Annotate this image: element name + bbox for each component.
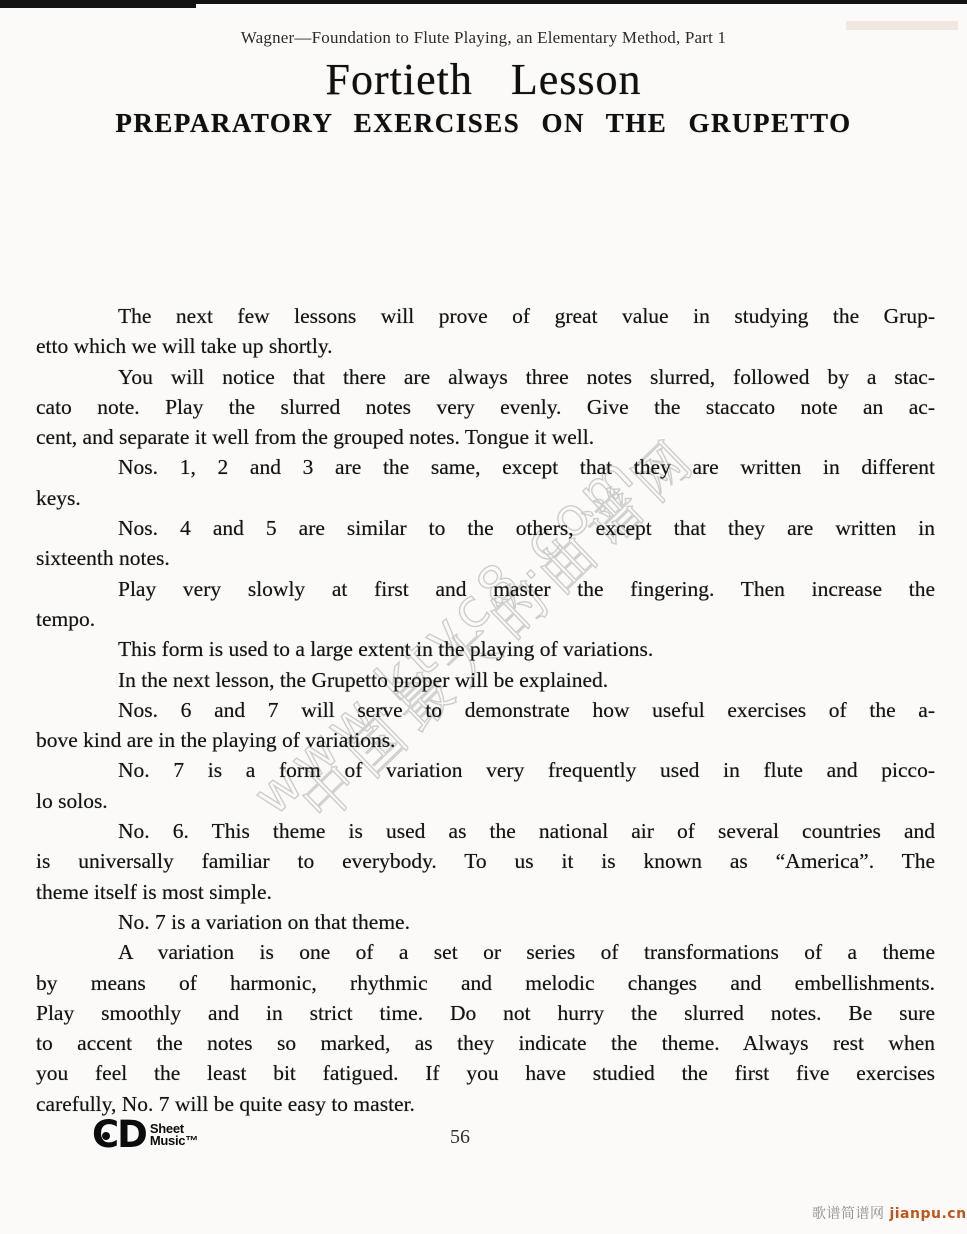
running-head: Wagner—Foundation to Flute Playing, an E…: [0, 28, 967, 48]
body-line: keys.: [36, 483, 935, 513]
body-line: This form is used to a large extent in t…: [36, 634, 935, 664]
body-line: etto which we will take up shortly.: [36, 331, 935, 361]
body-line: tempo.: [36, 604, 935, 634]
body-line: lo solos.: [36, 786, 935, 816]
body-line: is universally familiar to everybody. To…: [36, 846, 935, 876]
body-line: A variation is one of a set or series of…: [36, 937, 935, 967]
lesson-subtitle: PREPARATORY EXERCISES ON THE GRUPETTO: [0, 108, 967, 139]
body-line: to accent the notes so marked, as they i…: [36, 1028, 935, 1058]
body-line: you feel the least bit fatigued. If you …: [36, 1058, 935, 1088]
cd-logo-line2: Music™: [150, 1133, 198, 1148]
body-line: carefully, No. 7 will be quite easy to m…: [36, 1089, 935, 1119]
body-line: Play smoothly and in strict time. Do not…: [36, 998, 935, 1028]
footer-watermark-site: jianpu.cn: [889, 1206, 966, 1222]
scanned-sheet-music-page: Wagner—Foundation to Flute Playing, an E…: [0, 0, 967, 1234]
body-text: The next few lessons will prove of great…: [36, 301, 935, 1119]
body-line: theme itself is most simple.: [36, 877, 935, 907]
page-number: 56: [438, 1126, 482, 1149]
body-line: Nos. 6 and 7 will serve to demonstrate h…: [36, 695, 935, 725]
body-line: Play very slowly at first and master the…: [36, 574, 935, 604]
lesson-title: Fortieth Lesson: [0, 56, 967, 104]
body-line: bove kind are in the playing of variatio…: [36, 725, 935, 755]
scan-edge-artifact-top-left: [0, 0, 196, 8]
body-line: by means of harmonic, rhythmic and melod…: [36, 968, 935, 998]
footer-watermark: 歌谱简谱网 jianpu.cn: [812, 1203, 967, 1223]
body-line: You will notice that there are always th…: [36, 362, 935, 392]
body-line: Nos. 1, 2 and 3 are the same, except tha…: [36, 452, 935, 482]
body-line: Nos. 4 and 5 are similar to the others, …: [36, 513, 935, 543]
cd-logo-letters: CD: [92, 1118, 146, 1152]
cd-logo-cd-text: CD: [92, 1113, 146, 1156]
body-line: cent, and separate it well from the grou…: [36, 422, 935, 452]
body-line: No. 6. This theme is used as the nationa…: [36, 816, 935, 846]
footer-watermark-chinese: 歌谱简谱网: [812, 1206, 889, 1222]
body-line: sixteenth notes.: [36, 543, 935, 573]
body-line: The next few lessons will prove of great…: [36, 301, 935, 331]
cd-disc-dot-icon: [102, 1132, 110, 1140]
body-line: cato note. Play the slurred notes very e…: [36, 392, 935, 422]
cd-logo-wordmark: Sheet Music™: [150, 1123, 198, 1147]
body-line: In the next lesson, the Grupetto proper …: [36, 665, 935, 695]
body-line: No. 7 is a variation on that theme.: [36, 907, 935, 937]
body-line: No. 7 is a form of variation very freque…: [36, 755, 935, 785]
cd-sheet-music-logo: CD Sheet Music™: [92, 1118, 198, 1152]
